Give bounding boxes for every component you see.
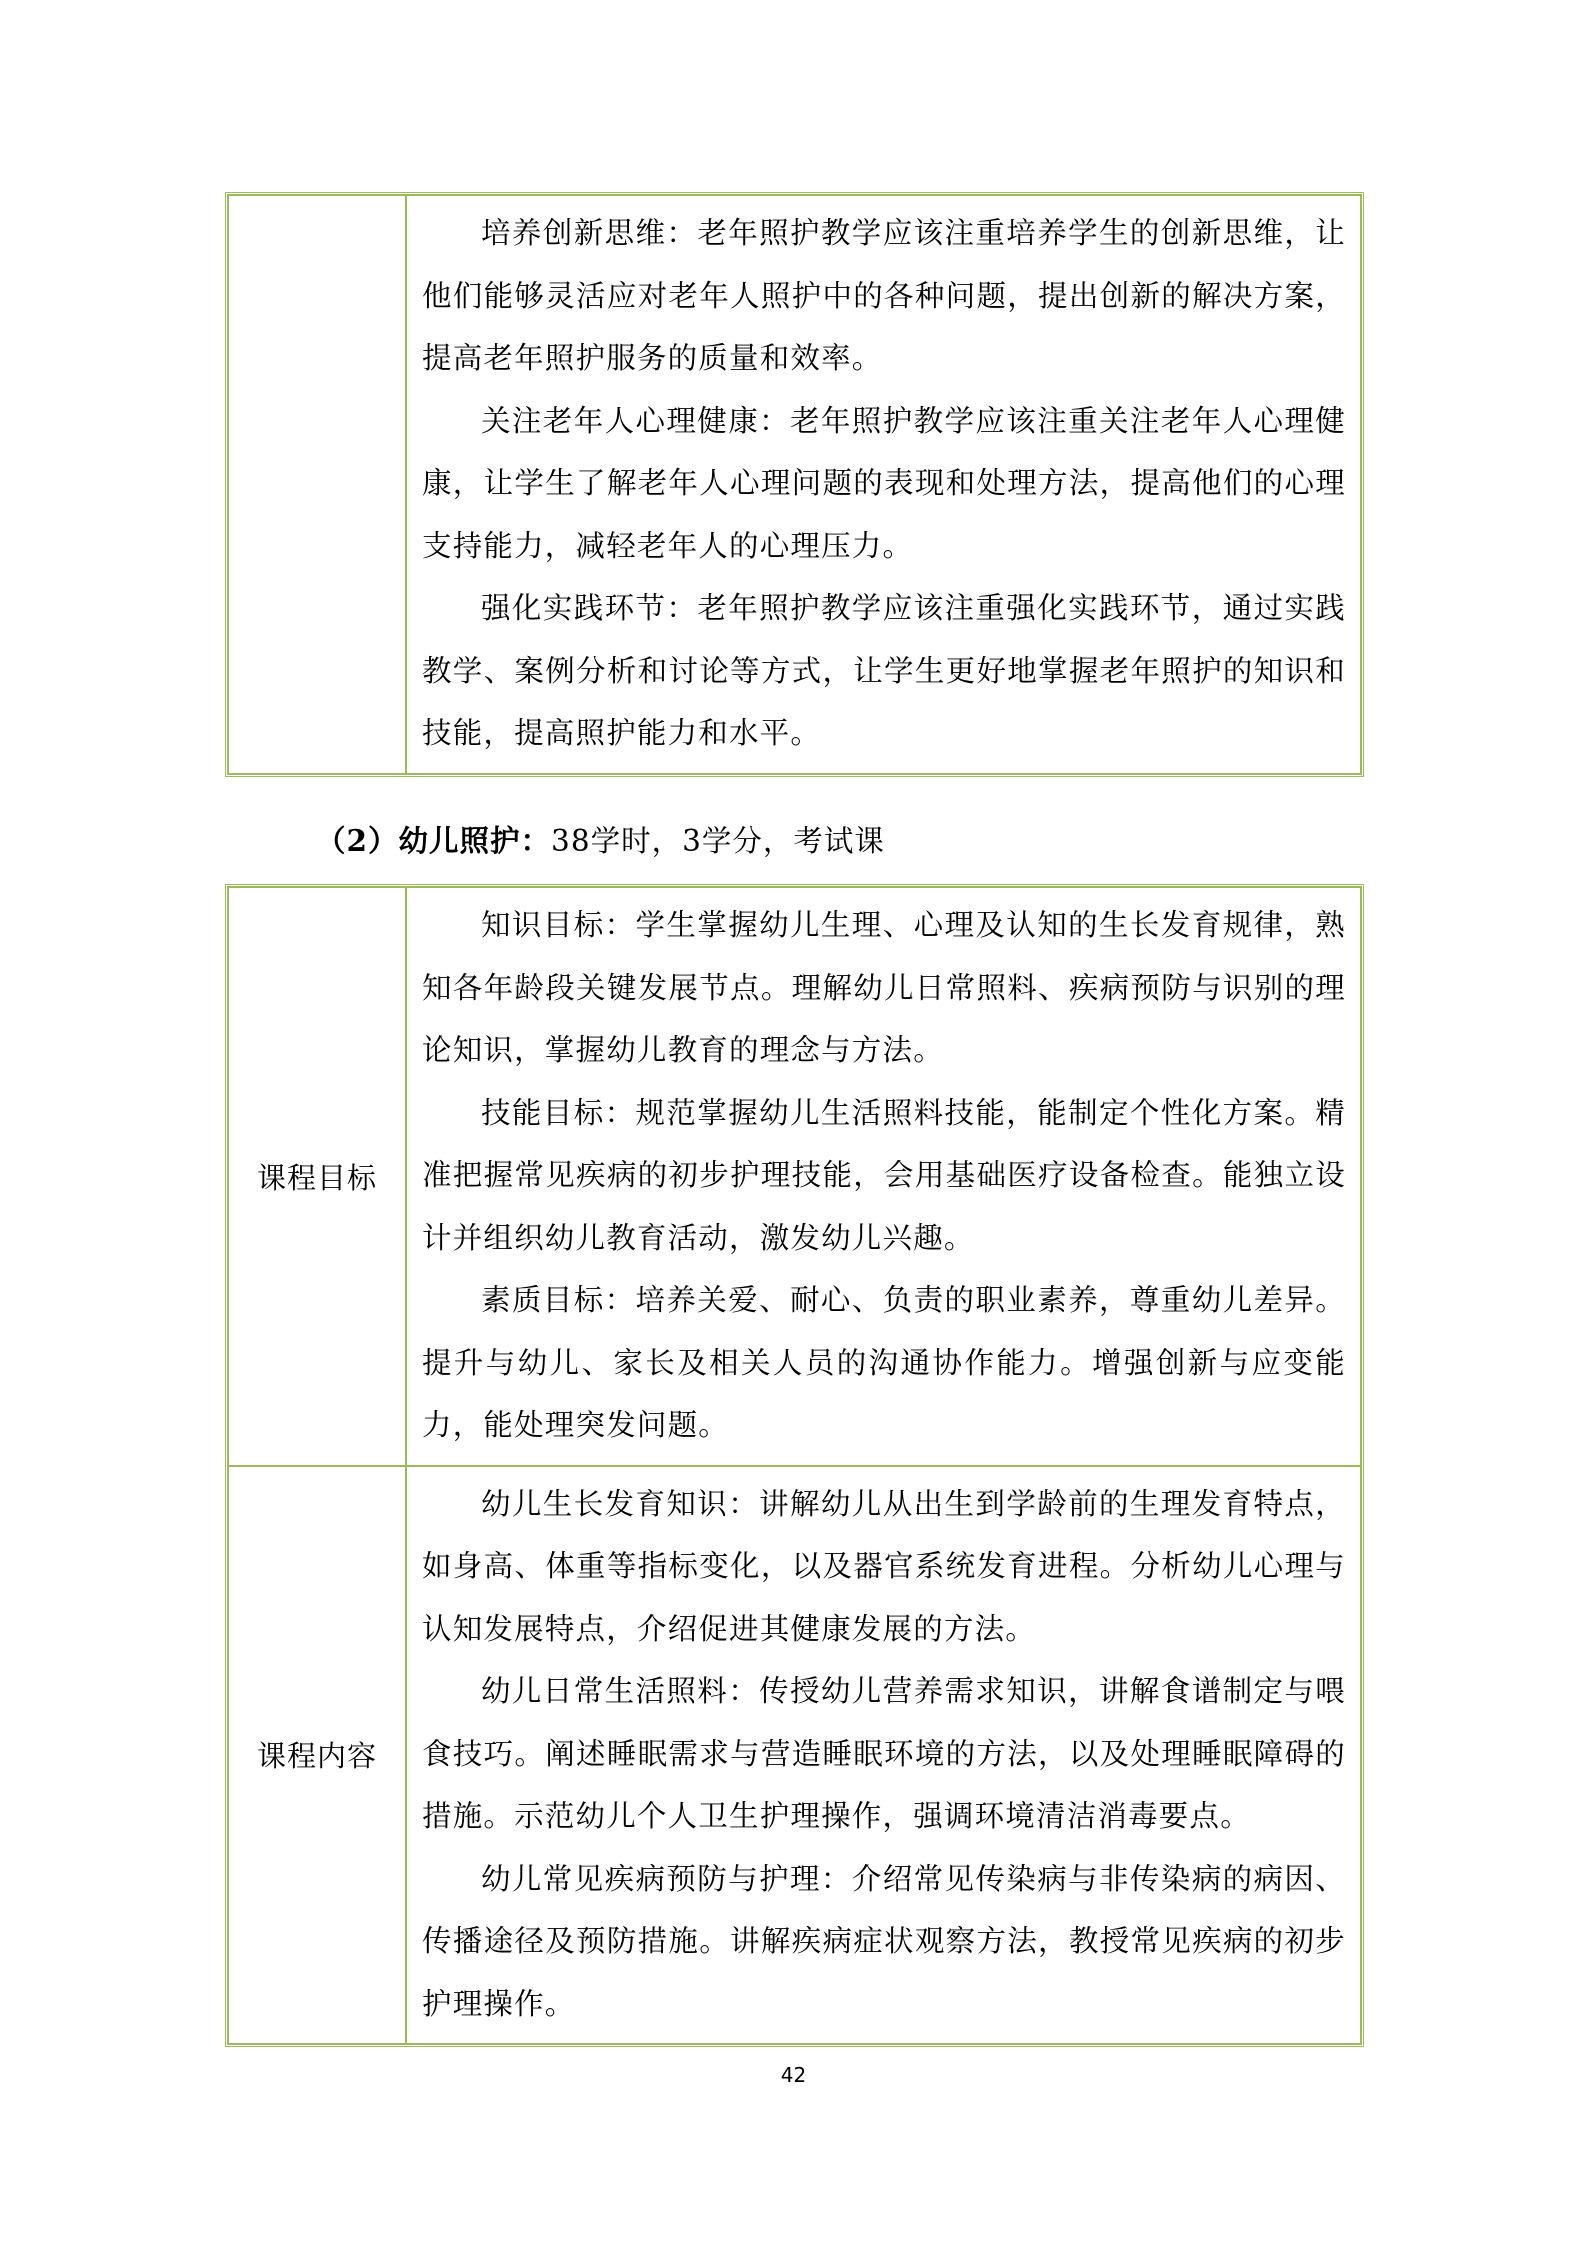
row-content-cell: 知识目标：学生掌握幼儿生理、心理及认知的生长发育规律，熟知各年龄段关键发展节点。… [406,887,1361,1466]
page-number: 42 [0,2063,1587,2087]
row-content-cell: 幼儿生长发育知识：讲解幼儿从出生到学龄前的生理发育特点，如身高、体重等指标变化，… [406,1466,1361,2045]
table-row: 课程内容 幼儿生长发育知识：讲解幼儿从出生到学龄前的生理发育特点，如身高、体重等… [228,1466,1361,2045]
paragraph-disease-prevention: 幼儿常见疾病预防与护理：介绍常见传染病与非传染病的病因、传播途径及预防措施。讲解… [422,1848,1346,2036]
row-label-course-content: 课程内容 [228,1466,406,2045]
paragraph-knowledge-objective: 知识目标：学生掌握幼儿生理、心理及认知的生长发育规律，熟知各年龄段关键发展节点。… [422,894,1346,1082]
section-number: （2） [316,823,399,858]
table-row: 培养创新思维：老年照护教学应该注重培养学生的创新思维，让他们能够灵活应对老年人照… [228,195,1361,774]
paragraph-elderly-mental-health: 关注老年人心理健康：老年照护教学应该注重关注老年人心理健康，让学生了解老年人心理… [422,390,1346,578]
course-table-infant-care: 课程目标 知识目标：学生掌握幼儿生理、心理及认知的生长发育规律，熟知各年龄段关键… [225,884,1364,2047]
course-name: 幼儿照护： [399,823,552,858]
row-content-cell: 培养创新思维：老年照护教学应该注重培养学生的创新思维，让他们能够灵活应对老年人照… [406,195,1361,774]
table-row: 课程目标 知识目标：学生掌握幼儿生理、心理及认知的生长发育规律，熟知各年龄段关键… [228,887,1361,1466]
document-page: 培养创新思维：老年照护教学应该注重培养学生的创新思维，让他们能够灵活应对老年人照… [0,0,1587,2245]
course-details: 38学时，3学分，考试课 [551,824,885,858]
paragraph-growth-development: 幼儿生长发育知识：讲解幼儿从出生到学龄前的生理发育特点，如身高、体重等指标变化，… [422,1473,1346,1661]
paragraph-quality-objective: 素质目标：培养关爱、耐心、负责的职业素养，尊重幼儿差异。提升与幼儿、家长及相关人… [422,1269,1346,1457]
paragraph-daily-care: 幼儿日常生活照料：传授幼儿营养需求知识，讲解食谱制定与喂食技巧。阐述睡眠需求与营… [422,1660,1346,1848]
row-label-cell [228,195,406,774]
course-table-elderly-care-continued: 培养创新思维：老年照护教学应该注重培养学生的创新思维，让他们能够灵活应对老年人照… [225,192,1364,777]
row-label-course-objectives: 课程目标 [228,887,406,1466]
paragraph-skill-objective: 技能目标：规范掌握幼儿生活照料技能，能制定个性化方案。精准把握常见疾病的初步护理… [422,1082,1346,1270]
section-heading: （2）幼儿照护：38学时，3学分，考试课 [316,818,885,860]
paragraph-practice-strengthening: 强化实践环节：老年照护教学应该注重强化实践环节，通过实践教学、案例分析和讨论等方… [422,577,1346,765]
paragraph-innovative-thinking: 培养创新思维：老年照护教学应该注重培养学生的创新思维，让他们能够灵活应对老年人照… [422,202,1346,390]
